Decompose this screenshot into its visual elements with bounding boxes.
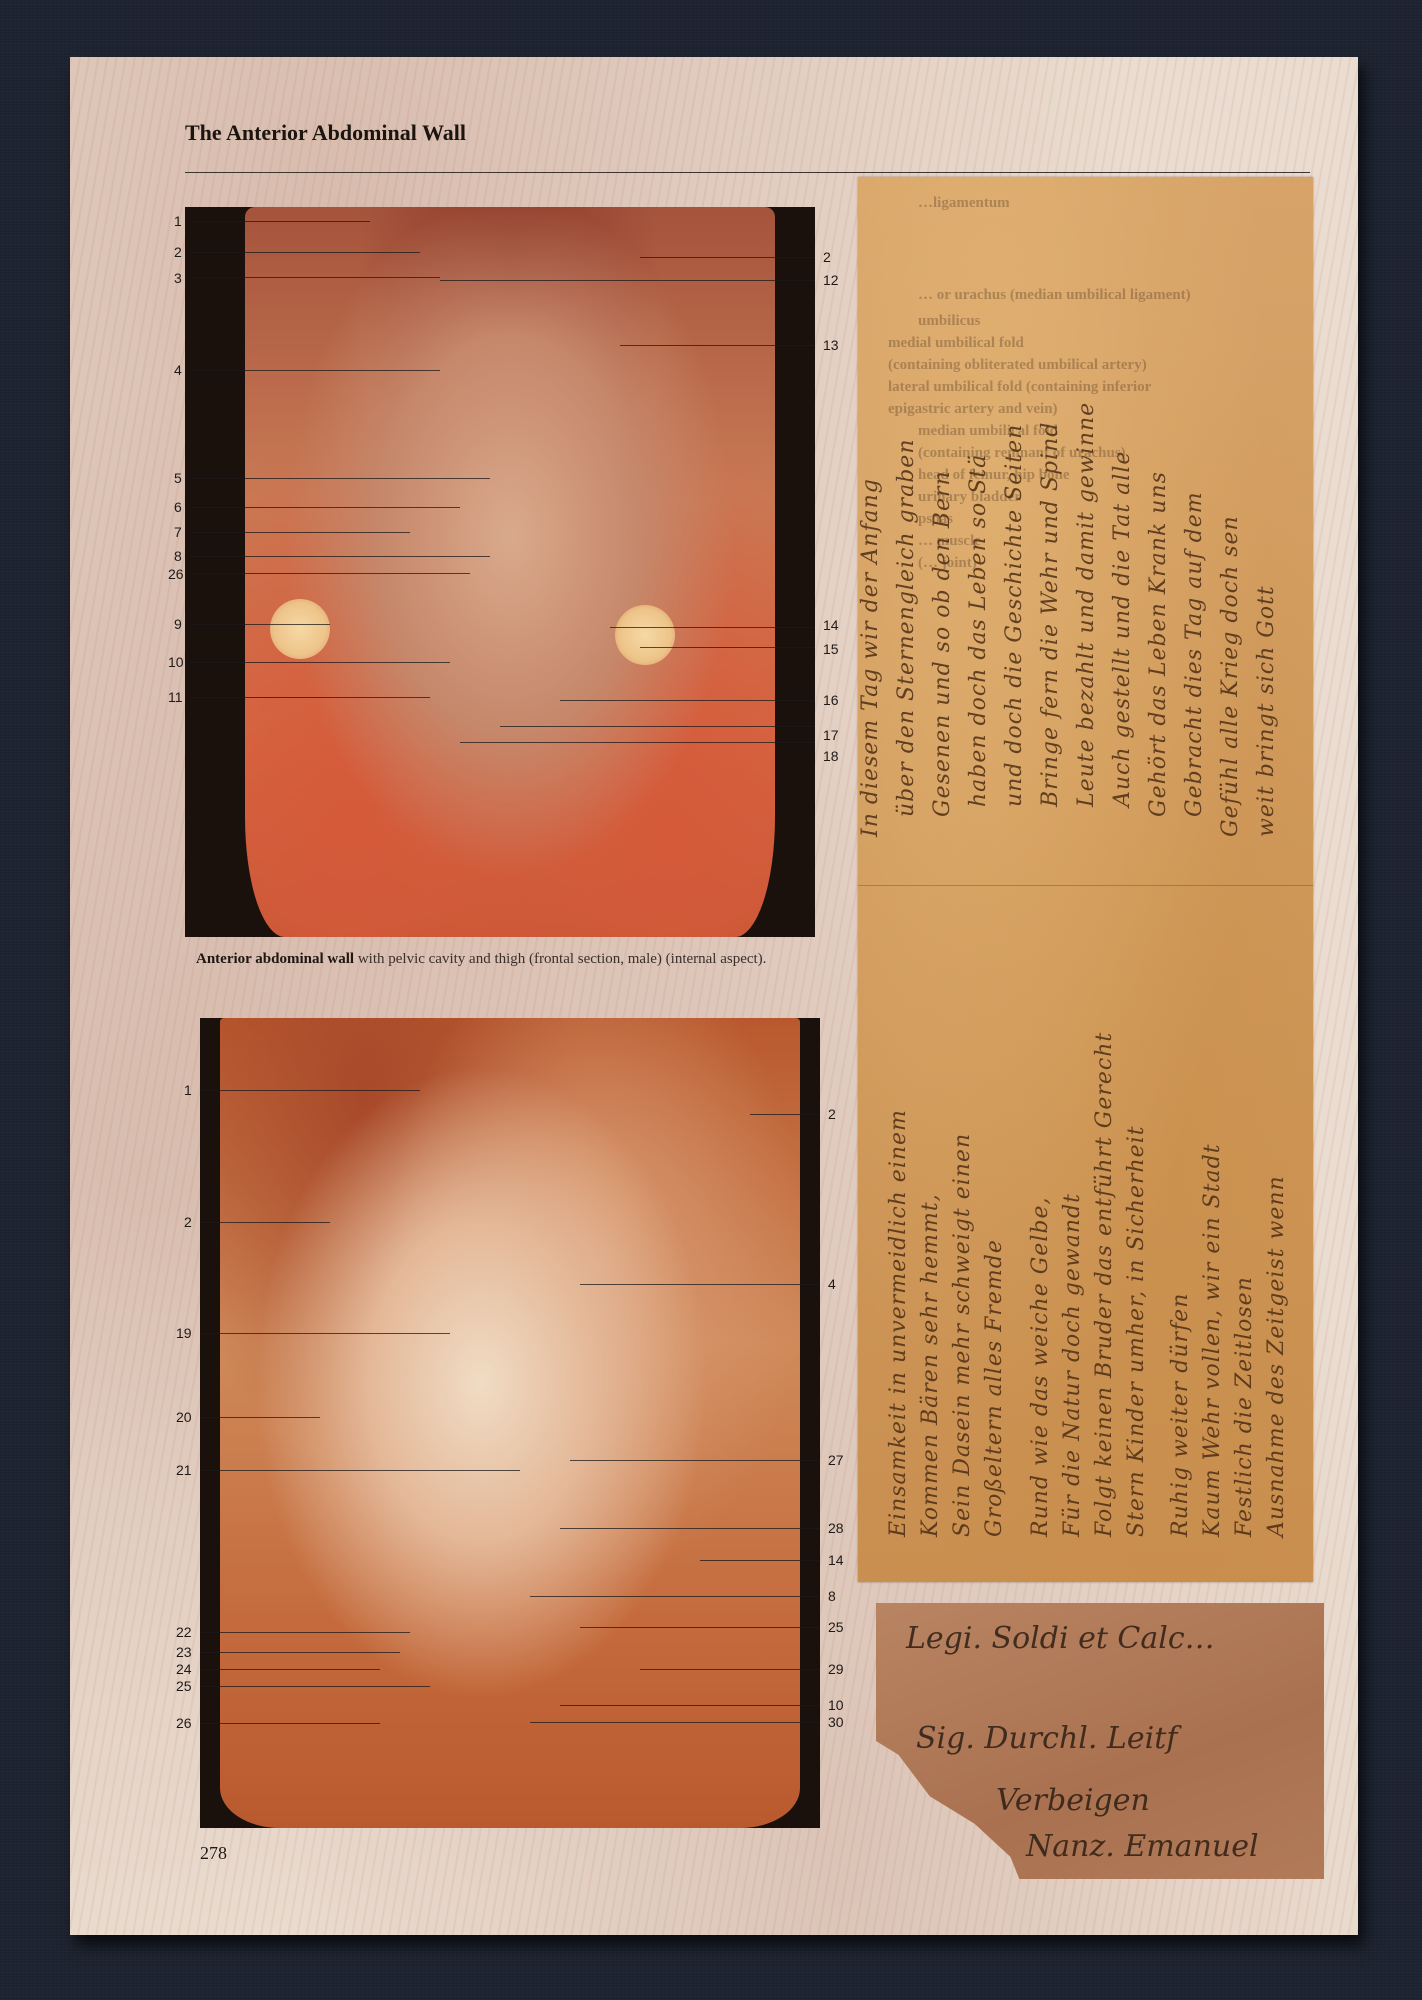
leader-line	[190, 370, 440, 371]
handwriting-line: Einsamkeit in unvermeidlich einem	[886, 897, 911, 1537]
leader-line	[460, 742, 815, 743]
figure-label: 26	[168, 566, 184, 582]
figure-label: 2	[828, 1106, 836, 1122]
fragment-line: Nanz. Emanuel	[1026, 1829, 1259, 1864]
leader-line	[200, 1632, 410, 1633]
leader-line	[190, 532, 410, 533]
leader-line	[200, 1723, 380, 1724]
femoral-head-left	[270, 599, 330, 659]
handwriting-line: Bringe fern die Wehr und Spind	[1038, 187, 1063, 807]
figure-label: 4	[174, 362, 182, 378]
handwriting-line: Sein Dasein mehr schweigt einen	[950, 897, 975, 1537]
leader-line	[500, 726, 815, 727]
leader-line	[190, 478, 490, 479]
leader-line	[200, 1470, 520, 1471]
leader-line	[750, 1114, 820, 1115]
leader-line	[190, 697, 430, 698]
handwriting-line: In diesem Tag wir der Anfang	[858, 217, 883, 837]
figure-label: 12	[823, 272, 839, 288]
leader-line	[190, 277, 440, 278]
figure-label: 21	[176, 1462, 192, 1478]
figure-label: 29	[828, 1661, 844, 1677]
figure-label: 24	[176, 1661, 192, 1677]
figure-label: 3	[174, 270, 182, 286]
figure-label: 2	[174, 244, 182, 260]
figure-label: 9	[174, 616, 182, 632]
handwriting-line: Leute bezahlt und damit gewinne	[1074, 187, 1099, 807]
handwriting-line: Stern Kinder umher, in Sicherheit	[1124, 897, 1149, 1537]
handwriting-line: haben doch das Leben so Stä	[966, 187, 991, 807]
handwriting-line: Auch gestellt und die Tat alle	[1110, 187, 1135, 807]
figure-label: 15	[823, 641, 839, 657]
figure-label: 28	[828, 1520, 844, 1536]
figure-label: 13	[823, 337, 839, 353]
leader-line	[190, 662, 450, 663]
figure-label: 6	[174, 499, 182, 515]
fragment-line: Verbeigen	[996, 1783, 1150, 1818]
figure-label: 27	[828, 1452, 844, 1468]
leader-line	[580, 1284, 820, 1285]
handwriting-line: Gehört das Leben Krank uns	[1146, 197, 1171, 817]
handwriting-line: Ruhig weiter dürfen	[1168, 897, 1193, 1537]
figure-label: 2	[823, 249, 831, 265]
leader-line	[610, 627, 815, 628]
leader-line	[530, 1596, 820, 1597]
figure-label: 20	[176, 1409, 192, 1425]
handwriting-line: Rund wie das weiche Gelbe,	[1028, 897, 1053, 1537]
leader-line	[190, 507, 460, 508]
leader-line	[200, 1090, 420, 1091]
handwriting-line: Gefühl alle Krieg doch sen	[1218, 217, 1243, 837]
figure-label: 25	[176, 1678, 192, 1694]
figure-label: 11	[168, 689, 183, 705]
figure-label: 17	[823, 727, 839, 743]
leader-line	[190, 556, 490, 557]
figure-label: 18	[823, 748, 839, 764]
anatomy-figure-top	[185, 207, 815, 937]
leader-line	[560, 700, 815, 701]
handwriting-line: über den Sternengleich graben	[894, 197, 919, 817]
leader-line	[580, 1627, 820, 1628]
figure-label: 4	[828, 1276, 836, 1292]
leader-line	[700, 1560, 820, 1561]
leader-line	[640, 257, 815, 258]
page-number: 278	[200, 1843, 227, 1864]
caption-text: with pelvic cavity and thigh (frontal se…	[354, 951, 766, 967]
leader-line	[200, 1417, 320, 1418]
fragment-line: Sig. Durchl. Leitf	[916, 1721, 1177, 1756]
handwriting-line: Gebracht dies Tag auf dem	[1182, 197, 1207, 817]
caption-bold: Anterior abdominal wall	[196, 951, 354, 967]
handwritten-manuscript: …ligamentum … or urachus (median umbilic…	[858, 177, 1313, 1582]
leader-line	[640, 647, 815, 648]
handwriting-line: weit bringt sich Gott	[1254, 237, 1279, 837]
handwriting-line: Großeltern alles Fremde	[982, 897, 1007, 1537]
leader-line	[190, 252, 420, 253]
leader-line	[200, 1222, 330, 1223]
leader-line	[530, 1722, 820, 1723]
leader-line	[190, 221, 370, 222]
leader-line	[620, 345, 815, 346]
figure-label: 10	[828, 1697, 844, 1713]
figure-label: 25	[828, 1619, 844, 1635]
fragment-line: Legi. Soldi et Calc…	[906, 1621, 1215, 1656]
handwriting-line: Für die Natur doch gewandt	[1060, 897, 1085, 1537]
figure-label: 2	[184, 1214, 192, 1230]
leader-line	[560, 1528, 820, 1529]
leader-line	[200, 1686, 430, 1687]
leader-line	[190, 573, 470, 574]
figure-label: 5	[174, 470, 182, 486]
pelvis-image	[220, 1018, 800, 1828]
figure-label: 26	[176, 1715, 192, 1731]
figure-label: 22	[176, 1624, 192, 1640]
figure-label: 14	[828, 1552, 844, 1568]
figure-label: 8	[828, 1588, 836, 1604]
leader-line	[200, 1333, 450, 1334]
handwriting-line: und doch die Geschichte Seiten	[1002, 187, 1027, 807]
figure-caption: Anterior abdominal wall with pelvic cavi…	[196, 948, 796, 970]
figure-label: 7	[174, 524, 182, 540]
handwriting-line: Ausnahme des Zeitgeist wenn	[1264, 897, 1289, 1537]
handwriting-line: Folgt keinen Bruder das entführt Gerecht	[1092, 897, 1117, 1537]
figure-label: 30	[828, 1714, 844, 1730]
figure-label: 10	[168, 654, 184, 670]
manuscript-fold	[858, 885, 1313, 886]
torso-image	[245, 207, 775, 937]
figure-label: 1	[184, 1082, 192, 1098]
leader-line	[200, 1652, 400, 1653]
title-rule	[185, 172, 1310, 173]
leader-line	[440, 280, 815, 281]
handwriting-line: Kaum Wehr vollen, wir ein Stadt	[1200, 897, 1225, 1537]
figure-label: 1	[174, 213, 182, 229]
handwriting-line: Festlich die Zeitlosen	[1232, 897, 1257, 1537]
figure-label: 14	[823, 617, 839, 633]
figure-label: 23	[176, 1644, 192, 1660]
figure-label: 16	[823, 692, 839, 708]
page-title: The Anterior Abdominal Wall	[185, 120, 466, 146]
femoral-head-right	[615, 605, 675, 665]
anatomy-figure-bottom	[200, 1018, 820, 1828]
figure-label: 19	[176, 1325, 192, 1341]
leader-line	[200, 1669, 380, 1670]
handwriting-line: Gesenen und so ob den Bern	[930, 197, 955, 817]
handwriting-line: Kommen Bären sehr hemmt,	[918, 897, 943, 1537]
leader-line	[640, 1669, 820, 1670]
leader-line	[560, 1705, 820, 1706]
leader-line	[570, 1460, 820, 1461]
leader-line	[190, 624, 330, 625]
figure-label: 8	[174, 548, 182, 564]
